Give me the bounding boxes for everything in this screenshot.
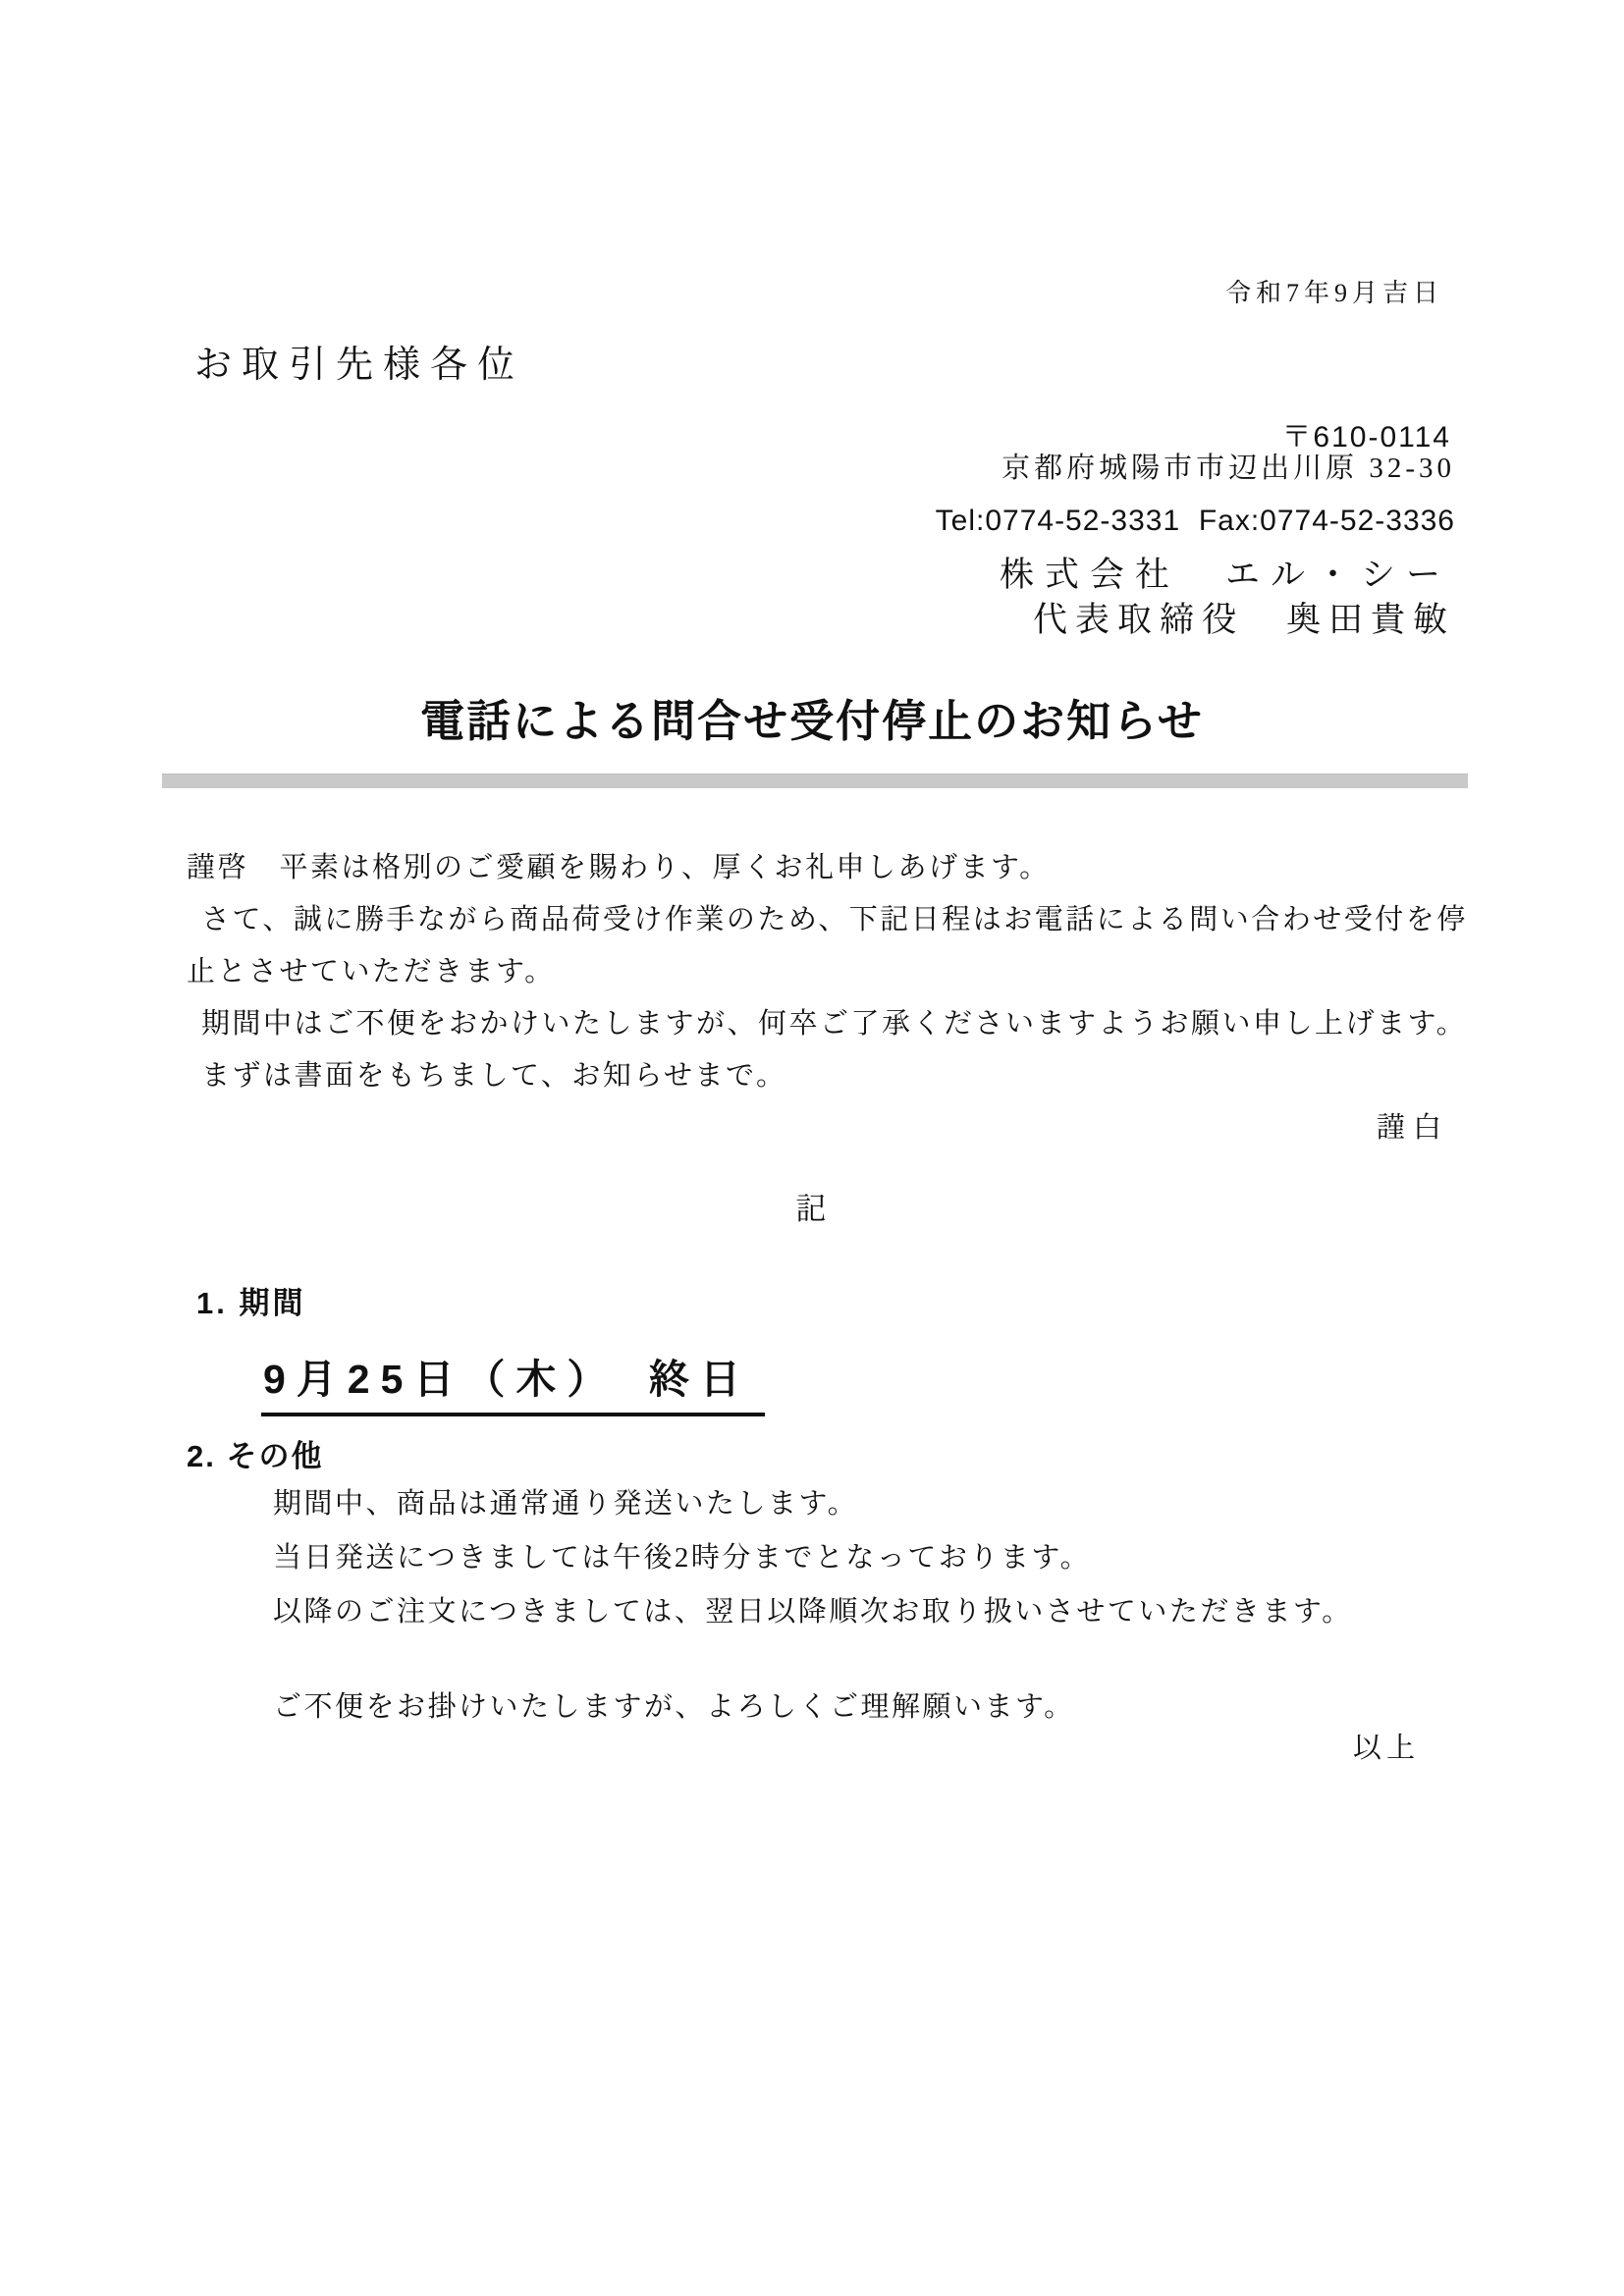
sender-company-name: 株式会社 エル・シー — [1000, 548, 1451, 597]
body-text: 謹啓 平素は格別のご愛顧を賜わり、厚くお礼申しあげます。 さて、誠に勝手ながら商… — [187, 842, 1481, 1154]
business-notice-document: 令和7年9月吉日 お取引先様各位 〒610-0114 京都府城陽市市辺出川原 3… — [0, 0, 1624, 2296]
recipient-line: お取引先様各位 — [194, 334, 524, 388]
section2-heading: 2. その他 — [187, 1431, 323, 1475]
notice-paragraph: さて、誠に勝手ながら商品荷受け作業のため、下記日程はお電話による問い合わせ受付を… — [187, 894, 1481, 998]
section1-period: 9月25日（木） 終日 — [261, 1347, 765, 1416]
later-orders-line: 以降のご注文につきましては、翌日以降順次お取り扱いさせていただきます。 — [273, 1585, 1490, 1639]
sender-representative: 代表取締役 奥田貴敏 — [1033, 593, 1455, 642]
end-marker: 以上 — [1353, 1726, 1420, 1766]
understanding-request-line: ご不便をお掛けいたしますが、よろしくご理解願います。 — [273, 1681, 1490, 1735]
record-marker: 記 — [0, 1184, 1624, 1228]
section1-heading: 1. 期間 — [196, 1278, 305, 1322]
section2-details: 期間中、商品は通常通り発送いたします。 当日発送につきましては午後2時分までとな… — [273, 1477, 1490, 1735]
closing-word: 謹白 — [187, 1102, 1481, 1154]
document-title: 電話による問合せ受付停止のお知らせ — [0, 685, 1624, 749]
shipping-note-line: 期間中、商品は通常通り発送いたします。 — [273, 1477, 1490, 1531]
document-date: 令和7年9月吉日 — [1225, 273, 1443, 309]
greeting-paragraph: 謹啓 平素は格別のご愛顧を賜わり、厚くお礼申しあげます。 — [187, 842, 1481, 894]
apology-paragraph: 期間中はご不便をおかけいたしますが、何卒ご了承くださいますようお願い申し上げます… — [187, 998, 1481, 1050]
suspension-date: 9月25日（木） 終日 — [261, 1347, 765, 1416]
sender-tel-fax: Tel:0774-52-3331 Fax:0774-52-3336 — [936, 505, 1455, 538]
same-day-shipping-line: 当日発送につきましては午後2時分までとなっております。 — [273, 1531, 1490, 1585]
title-divider-bar — [162, 774, 1468, 788]
written-notice-paragraph: まずは書面をもちまして、お知らせまで。 — [187, 1050, 1481, 1102]
sender-address: 京都府城陽市市辺出川原 32-30 — [1001, 446, 1455, 486]
